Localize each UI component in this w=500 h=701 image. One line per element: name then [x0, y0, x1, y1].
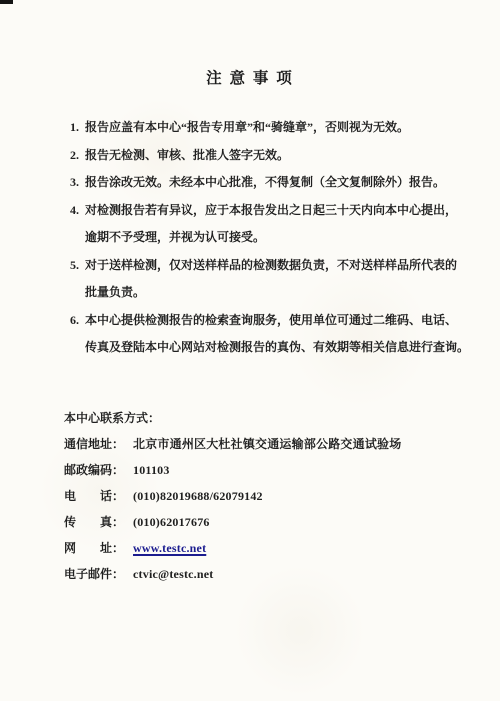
contact-value-address: 北京市通州区大杜社镇交通运输部公路交通试验场 [133, 437, 401, 451]
notice-item-number: 5. [70, 252, 85, 280]
notice-item-3: 3.报告涂改无效。未经本中心批准，不得复制（全文复制除外）报告。 [70, 169, 470, 197]
notice-item-1: 1.报告应盖有本中心“报告专用章”和“骑缝章”，否则视为无效。 [70, 114, 470, 142]
contact-row-postal-code: 邮政编码：101103 [64, 457, 484, 483]
contact-row-email: 电子邮件：ctvic@testc.net [64, 561, 484, 587]
contact-value-phone: (010)82019688/62079142 [133, 489, 263, 503]
notice-item-5: 5.对于送样检测，仅对送样样品的检测数据负责，不对送样样品所代表的 批量负责。 [70, 252, 470, 307]
notice-item-text: 逾期不予受理，并视为认可接受。 [70, 224, 470, 252]
contact-row-address: 通信地址：北京市通州区大杜社镇交通运输部公路交通试验场 [64, 431, 484, 457]
notice-item-4: 4.对检测报告若有异议，应于本报告发出之日起三十天内向本中心提出， 逾期不予受理… [70, 197, 470, 252]
notice-item-text: 对检测报告若有异议，应于本报告发出之日起三十天内向本中心提出， [85, 203, 457, 217]
notice-item-text: 报告应盖有本中心“报告专用章”和“骑缝章”，否则视为无效。 [85, 120, 409, 134]
contact-label: 邮政编码： [64, 457, 124, 483]
contact-heading: 本中心联系方式： [64, 405, 484, 431]
contact-label: 电子邮件： [64, 561, 124, 587]
notice-item-number: 4. [70, 197, 85, 225]
contact-value-postal-code: 101103 [133, 463, 170, 477]
contact-section: 本中心联系方式： 通信地址：北京市通州区大杜社镇交通运输部公路交通试验场 邮政编… [64, 405, 484, 587]
notice-item-number: 2. [70, 142, 85, 170]
contact-row-website: 网 址：www.testc.net [64, 535, 484, 561]
notice-item-text: 批量负责。 [70, 279, 470, 307]
contact-label: 电 话： [64, 483, 124, 509]
scanned-notice-page: 注 意 事 项 1.报告应盖有本中心“报告专用章”和“骑缝章”，否则视为无效。 … [0, 0, 500, 701]
contact-label: 网 址： [64, 535, 124, 561]
notice-item-text: 报告无检测、审核、批准人签字无效。 [85, 148, 289, 162]
notice-list: 1.报告应盖有本中心“报告专用章”和“骑缝章”，否则视为无效。 2.报告无检测、… [70, 114, 470, 362]
notice-item-number: 6. [70, 307, 85, 335]
page-title: 注 意 事 项 [0, 66, 500, 88]
notice-item-text: 对于送样检测，仅对送样样品的检测数据负责，不对送样样品所代表的 [85, 258, 457, 272]
notice-item-number: 3. [70, 169, 85, 197]
contact-row-phone: 电 话：(010)82019688/62079142 [64, 483, 484, 509]
contact-label: 通信地址： [64, 431, 124, 457]
website-link[interactable]: www.testc.net [133, 541, 206, 555]
contact-value-email: ctvic@testc.net [133, 567, 213, 581]
notice-item-number: 1. [70, 114, 85, 142]
notice-item-6: 6.本中心提供检测报告的检索查询服务，使用单位可通过二维码、电话、 传真及登陆本… [70, 307, 470, 362]
contact-value-fax: (010)62017676 [133, 515, 210, 529]
scan-artifact-mark [0, 0, 13, 4]
notice-item-text: 报告涂改无效。未经本中心批准，不得复制（全文复制除外）报告。 [85, 175, 445, 189]
contact-row-fax: 传 真：(010)62017676 [64, 509, 484, 535]
contact-label: 传 真： [64, 509, 124, 535]
notice-item-text: 本中心提供检测报告的检索查询服务，使用单位可通过二维码、电话、 [85, 313, 457, 327]
notice-item-2: 2.报告无检测、审核、批准人签字无效。 [70, 142, 470, 170]
notice-item-text: 传真及登陆本中心网站对检测报告的真伪、有效期等相关信息进行查询。 [70, 334, 470, 362]
